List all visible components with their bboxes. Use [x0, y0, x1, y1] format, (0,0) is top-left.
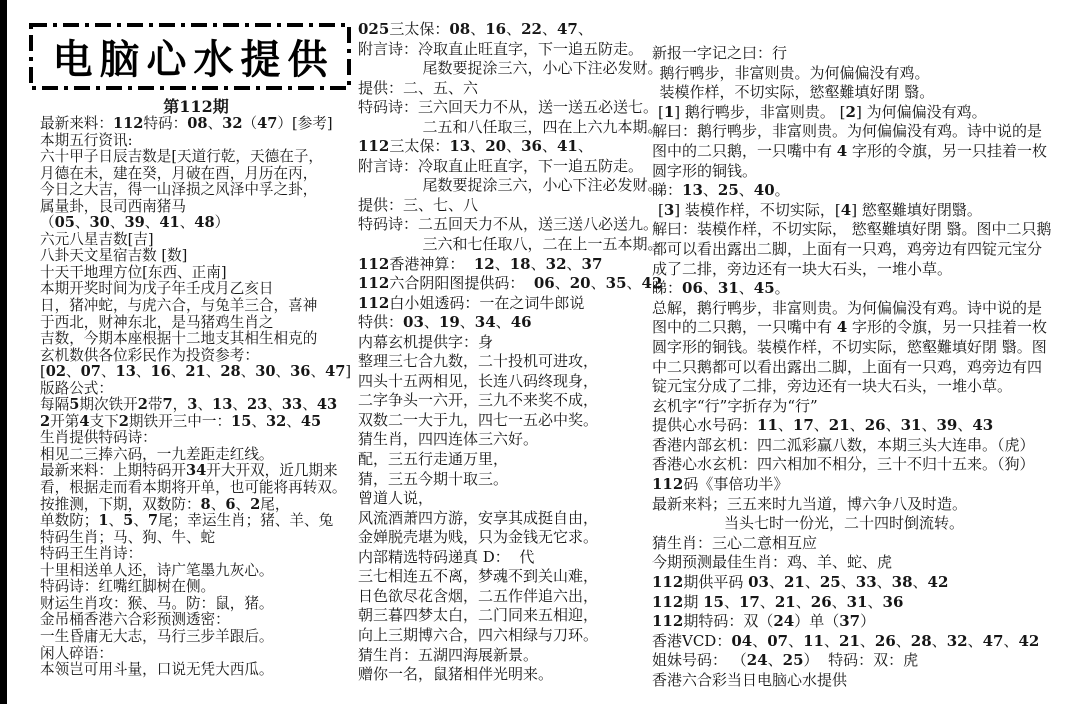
text-line: 看，根据走而看本期将开单，也可能将再转双。	[40, 480, 355, 497]
text-line: 112码《事倍功半》	[652, 475, 1072, 495]
text-line: 提供：三、七、八	[358, 196, 660, 216]
text-line: 本领岂可用斗量，口说无凭大西瓜。	[40, 662, 355, 679]
text-line: 提供心水号码：11、17、21、26、31、39、43	[652, 416, 1072, 436]
text-line: 按推测，下期，双数防：8、6、2尾，	[40, 497, 355, 514]
text-line: 每隔5期次铁开2带7，3、13、23、33、43	[40, 397, 355, 414]
text-line: 特码生肖；马、狗、牛、蛇	[40, 530, 355, 547]
text-line: 附言诗：冷取直止旺直字，下一追五防走。	[358, 40, 660, 60]
text-line: 睇：13、25、40。	[652, 181, 1072, 201]
text-line: 香港内部玄机：四二泒彩赢八数，本期三头大连串。（虎）	[652, 436, 1072, 456]
text-line: [3] 装模作样，不切实际，[4] 慾壑難填好閉翳。	[652, 201, 1072, 221]
text-line: 版路公式：	[40, 381, 355, 398]
text-line: 特供：03、19、34、46	[358, 313, 660, 333]
middle-column: 025三太保：08、16、22、47、附言诗：冷取直止旺直字，下一追五防走。尾数…	[358, 20, 660, 685]
text-line: 月德在未，建在癸，月破在酉，月历在丙，	[40, 166, 355, 183]
text-line: 圆字形的铜钱。装模作样，不切实际，慾壑難填好閉 翳。图	[652, 338, 1072, 358]
text-line: 最新来料；三五来时九当道，博六争八及时造。	[652, 495, 1072, 515]
text-line: 总解，鹅行鸭步，非富则贵。为何偏偏没有鸡。诗中说的是	[652, 299, 1072, 319]
text-line: 图中的二只鹅，一只嘴中有 4 字形的令旗，另一只挂着一枚	[652, 318, 1072, 338]
text-line: 解曰：鹅行鸭步，非富则贵。为何偏偏没有鸡。诗中说的是	[652, 122, 1072, 142]
text-line: （05、30、39、41、48）	[40, 215, 355, 232]
text-line: 本期五行资讯:	[40, 133, 355, 150]
text-line: 猜生肖：三心二意相互应	[652, 534, 1072, 554]
text-line: 112六合阴阳图提供码： 06、20、35、42	[358, 274, 660, 294]
text-line: 闲人碎语：	[40, 646, 355, 663]
text-line: 当头七时一份光，二十四时倒流转。	[652, 514, 1072, 534]
text-line: 香港VCD：04、07、11、21、26、28、32、47、42	[652, 632, 1072, 652]
text-line: 单数防；1、5、7尾；幸运生肖；猪、羊、兔	[40, 513, 355, 530]
text-line: 猜生肖：五湖四海展新景。	[358, 646, 660, 666]
text-line: 都可以看出露出二脚，上面有一只鸡，鸡旁边有四锭元宝分	[652, 240, 1072, 260]
text-line: 二五和八任取三，四在上六九本期。	[358, 118, 660, 138]
text-line: 十里相送单人还，诗广笔墨九灰心。	[40, 563, 355, 580]
text-line: 特码诗：红嘴红脚树在侧。	[40, 579, 355, 596]
text-line: 112白小姐透码：一在之词牛郎说	[358, 294, 660, 314]
text-line: 内幕玄机提供字：身	[358, 333, 660, 353]
text-line: 财运生肖攻：猴、马。防：鼠，猪。	[40, 596, 355, 613]
text-line: 猜，三五今期十取三。	[358, 470, 660, 490]
text-line: 金吊桶香港六合彩预测透密：	[40, 612, 355, 629]
text-line: 锭元宝分成了二排，旁边还有一块大石头，一堆小草。	[652, 377, 1072, 397]
issue-number: 第112期	[40, 94, 352, 117]
text-line: 香港六合彩当日电脑心水提供	[652, 671, 1072, 691]
text-line: 香港心水玄机：四六相加不相分，三十不归十五来。（狗）	[652, 455, 1072, 475]
text-line: 相见二三捧六码，一九差距走红线。	[40, 447, 355, 464]
text-line: 今期预测最佳生肖：鸡、羊、蛇、虎	[652, 553, 1072, 573]
text-line: 向上三期博六合，四六相绿与刀环。	[358, 626, 660, 646]
text-line: 图中的二只鹅，一只嘴中有 4 字形的令旗，另一只挂着一枚	[652, 142, 1072, 162]
text-line: 解曰：装模作样，不切实际， 慾壑難填好閉 翳。图中二只鹅	[652, 220, 1072, 240]
left-edge-bar	[0, 0, 7, 704]
right-column: 新报一字记之曰：行鹅行鸭步，非富则贵。为何偏偏没有鸡。装模作样，不切实际，慾壑難…	[652, 44, 1072, 691]
text-line: 112三太保：13、20、36、41、	[358, 137, 660, 157]
text-line: 025三太保：08、16、22、47、	[358, 20, 660, 40]
text-line: [1] 鹅行鸭步，非富则贵。 [2] 为何偏偏没有鸡。	[652, 103, 1072, 123]
text-line: 金婵脱壳堪为贱，只为金钱无它求。	[358, 528, 660, 548]
text-line: 二字争头一六开，三九不来奖不成，	[358, 391, 660, 411]
page-title: 电脑心水提供	[28, 22, 352, 91]
text-line: 玄机数供各位彩民作为投资参考：	[40, 348, 355, 365]
text-line: 特码诗：二五回天力不从，送三送八必送九。	[358, 215, 660, 235]
text-line: 双数二一大于九，四七一五必中奖。	[358, 411, 660, 431]
text-line: 圆字形的铜钱。	[652, 162, 1072, 182]
text-line: 112香港神算： 12、18、32、37	[358, 255, 660, 275]
text-line: 装模作样，不切实际，慾壑難填好閉 翳。	[652, 83, 1072, 103]
text-line: 最新来料：112特码：08、32（47）[参考]	[40, 116, 355, 133]
text-line: 特码诗：三六回天力不从，送一送五必送七。	[358, 98, 660, 118]
text-line: 八卦天文星宿吉数 [数]	[40, 248, 355, 265]
text-line: 吉数，今期本座根据十二地支其相生相克的	[40, 331, 355, 348]
text-line: 姐妹号码： （24、25） 特码：双：虎	[652, 651, 1072, 671]
text-line: 曾道人说，	[358, 489, 660, 509]
text-line: 中二只鹅都可以看出露出二脚，上面有一只鸡，鸡旁边有四	[652, 358, 1072, 378]
text-line: 睇：06、31、45。	[652, 279, 1072, 299]
text-line: 特码王生肖诗：	[40, 546, 355, 563]
text-line: 2开第4支下2期铁开三中一：15、32、45	[40, 414, 355, 431]
text-line: 成了二排，旁边还有一块大石头，一堆小草。	[652, 260, 1072, 280]
text-line: 赠你一名，鼠猪相伴光明来。	[358, 665, 660, 685]
text-line: 生肖提供特码诗：	[40, 430, 355, 447]
text-line: 鹅行鸭步，非富则贵。为何偏偏没有鸡。	[652, 64, 1072, 84]
text-line: 最新来料：上期特码开34开大开双，近几期来	[40, 463, 355, 480]
text-line: 112期 15、17、21、26、31、36	[652, 593, 1072, 613]
text-line: [02、07、13、16、21、28、30、36、47]	[40, 364, 355, 381]
text-line: 日色欲尽花含烟，二五作伴追六出，	[358, 587, 660, 607]
text-line: 整理三七合九数，二十投机可进攻，	[358, 352, 660, 372]
text-line: 风流酒萧四方游，安享其成挺自由，	[358, 509, 660, 529]
text-line: 配，三五行走通万里，	[358, 450, 660, 470]
left-column: 最新来料：112特码：08、32（47）[参考]本期五行资讯:六十甲子日辰吉数是…	[40, 116, 355, 679]
text-line: 六元八星吉数[吉]	[40, 232, 355, 249]
text-line: 112期特码：双（24）单（37）	[652, 612, 1072, 632]
text-line: 一生昏庸无大志，马行三步羊跟后。	[40, 629, 355, 646]
text-line: 六十甲子日辰吉数是[天道行乾，天德在子，	[40, 149, 355, 166]
text-line: 朝三暮四梦太白，二门同来五相迎，	[358, 606, 660, 626]
text-line: 三六和七任取八，二在上一五本期。	[358, 235, 660, 255]
text-line: 尾数要捉涂三六，小心下注必发财。	[358, 176, 660, 196]
text-line: 本期开奖时间为戊子年壬戌月乙亥日	[40, 281, 355, 298]
text-line: 属量卦，艮司西南猪马	[40, 199, 355, 216]
lottery-tip-sheet: 电脑心水提供 第112期 最新来料：112特码：08、32（47）[参考]本期五…	[0, 0, 1080, 704]
text-line: 玄机字“行”字折存为“行”	[652, 397, 1072, 417]
text-line: 今日之大吉，得一山泽损之风泽中孚之卦，	[40, 182, 355, 199]
text-line: 提供：二、五、六	[358, 79, 660, 99]
text-line: 附言诗：冷取直止旺直字，下一追五防走。	[358, 157, 660, 177]
text-line: 三七相连五不离，梦魂不到关山难，	[358, 567, 660, 587]
text-line: 四头十五两相见，长连八码终现身，	[358, 372, 660, 392]
text-line: 新报一字记之曰：行	[652, 44, 1072, 64]
text-line: 十天干地理方位[东西、正南]	[40, 265, 355, 282]
text-line: 尾数要捉涂三六，小心下注必发财。	[358, 59, 660, 79]
text-line: 112期供平码 03、21、25、33、38、42	[652, 573, 1072, 593]
text-line: 内部精选特码递真 D： 代	[358, 548, 660, 568]
title-box: 电脑心水提供	[28, 22, 352, 91]
text-line: 日，猪冲蛇，与虎六合，与兔羊三合，喜神	[40, 298, 355, 315]
text-line: 于西北，财神东北，是马猪鸡生肖之	[40, 315, 355, 332]
text-line: 猜生肖，四四连体三六好。	[358, 430, 660, 450]
